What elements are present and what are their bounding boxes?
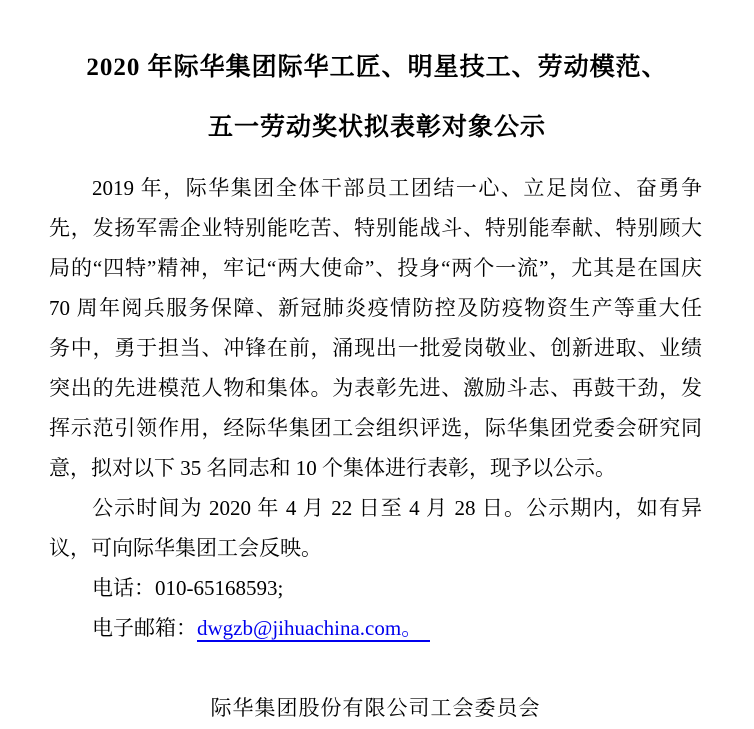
text-line: 议，可向际华集团工会反映。	[49, 528, 702, 568]
text-line: 突出的先进模范人物和集体。为表彰先进、激励斗志、再鼓干劲，发	[49, 368, 702, 408]
document-page: 2020 年际华集团际华工匠、明星技工、劳动模范、 五一劳动奖状拟表彰对象公示 …	[0, 0, 754, 729]
text-line: 局的“四特”精神，牢记“两大使命”、投身“两个一流”，尤其是在国庆	[49, 248, 702, 288]
document-title-line2: 五一劳动奖状拟表彰对象公示	[0, 98, 754, 158]
phone-line: 电话：010-65168593;	[49, 568, 702, 608]
paragraph-intro: 2019 年，际华集团全体干部员工团结一心、立足岗位、奋勇争 先，发扬军需企业特…	[49, 168, 702, 488]
text-line: 意，拟对以下 35 名同志和 10 个集体进行表彰，现予以公示。	[49, 448, 702, 488]
email-link[interactable]: dwgzb@jihuachina.com。	[197, 616, 430, 642]
text-line: 先，发扬军需企业特别能吃苦、特别能战斗、特别能奉献、特别顾大	[49, 208, 702, 248]
text-line: 挥示范引领作用，经际华集团工会组织评选，际华集团党委会研究同	[49, 408, 702, 448]
document-title: 2020 年际华集团际华工匠、明星技工、劳动模范、 五一劳动奖状拟表彰对象公示	[0, 0, 754, 158]
text-line: 务中，勇于担当、冲锋在前，涌现出一批爱岗敬业、创新进取、业绩	[49, 328, 702, 368]
email-label: 电子邮箱：	[92, 616, 197, 640]
text-line: 公示时间为 2020 年 4 月 22 日至 4 月 28 日。公示期内，如有异	[49, 488, 702, 528]
paragraph-notice-period: 公示时间为 2020 年 4 月 22 日至 4 月 28 日。公示期内，如有异…	[49, 488, 702, 568]
text-line: 2019 年，际华集团全体干部员工团结一心、立足岗位、奋勇争	[49, 168, 702, 208]
email-line: 电子邮箱：dwgzb@jihuachina.com。	[49, 608, 702, 648]
document-body: 2019 年，际华集团全体干部员工团结一心、立足岗位、奋勇争 先，发扬军需企业特…	[49, 168, 702, 728]
signature-line: 际华集团股份有限公司工会委员会	[49, 688, 702, 728]
text-line: 70 周年阅兵服务保障、新冠肺炎疫情防控及防疫物资生产等重大任	[49, 288, 702, 328]
document-title-line1: 2020 年际华集团际华工匠、明星技工、劳动模范、	[0, 38, 754, 98]
